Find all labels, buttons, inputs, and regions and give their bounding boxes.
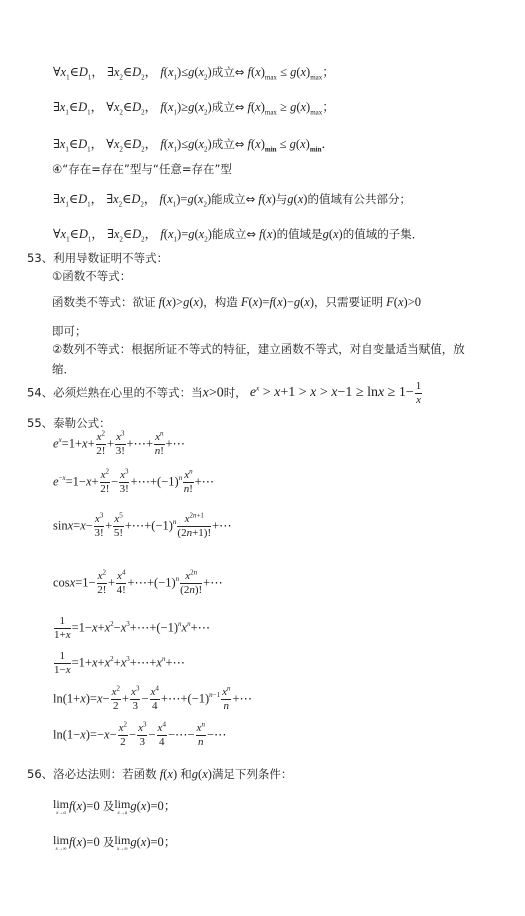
taylor-sin: sinx=x−x33!+x55!+⋯+(−1)nx2n+1(2n+1)!+⋯ <box>53 514 232 539</box>
taylor-ln-minus: ln(1−x)=−x−x22−x33−x44−⋯−xnn−⋯ <box>53 723 227 748</box>
section-56-heading: 56、洛必达法则：若函数 f(x) 和g(x)满足下列条件： <box>27 768 292 781</box>
section-53-heading: 53、利用导数证明不等式： <box>27 253 168 265</box>
item4-heading: ④“存在=存在”型与“任意=存在”型 <box>52 164 232 176</box>
quantifier-line-exists-any-min: ∃x1∈D1， ∀x2∈D2， f(x1)≤g(x2)成立⇔ f(x)min ≤… <box>53 138 334 151</box>
section-53-func-ineq: 函数类不等式：欲证 f(x)>g(x)，构造 F(x)=f(x)−g(x)，只需… <box>52 296 421 309</box>
lhopital-condition-a: limx→af(x)=0 及limx→ag(x)=0； <box>53 798 176 816</box>
item4-line-any-exists: ∀x1∈D1， ∃x2∈D2， f(x1)=g(x2)能成立⇔ f(x)的值域是… <box>53 228 423 241</box>
section-53-sub2-line2: 缩． <box>52 364 75 376</box>
quantifier-line-exists-any-max: ∃x1∈D1， ∀x2∈D2， f(x1)≥g(x2)成立⇔ f(x)max ≥… <box>53 101 335 114</box>
taylor-ln-plus: ln(1+x)=x−x22+x33−x44+⋯+(−1)n−1xnn+⋯ <box>53 687 252 712</box>
quantifier-line-any-exists-max: ∀x1∈D1， ∃x2∈D2， f(x1)≤g(x2)成立⇔ f(x)max ≤… <box>53 66 335 79</box>
section-53-jike: 即可； <box>52 326 87 338</box>
taylor-exp: ex=1+x+x22!+x33!+⋯+xnn!+⋯ <box>53 432 185 457</box>
taylor-geom: 11−x=1+x+x2+x3+⋯+xn+⋯ <box>53 651 185 676</box>
lhopital-condition-inf: limx→∞f(x)=0 及limx→∞g(x)=0； <box>53 834 176 852</box>
section-54-inequality: 54、必须烂熟在心里的不等式：当x>0时， ex > x+1 > x > x−1… <box>27 381 423 406</box>
taylor-exp-neg: e−x=1−x+x22!−x33!+⋯+(−1)nxnn!+⋯ <box>53 470 214 495</box>
item4-line-exists-exists: ∃x1∈D1， ∃x2∈D2， f(x1)=g(x2)能成立⇔ f(x)与g(x… <box>53 193 411 206</box>
taylor-geom-alt: 11+x=1−x+x2−x3+⋯+(−1)nxn+⋯ <box>53 616 210 641</box>
section-55-heading: 55、泰勒公式： <box>27 418 111 430</box>
section-53-sub2-line1: ②数列不等式：根据所证不等式的特征，建立函数不等式，对自变量适当赋值，放 <box>52 344 465 356</box>
section-53-sub1: ①函数不等式： <box>52 271 131 283</box>
taylor-cos: cosx=1−x22!+x44!+⋯+(−1)nx2n(2n)!+⋯ <box>53 571 223 596</box>
